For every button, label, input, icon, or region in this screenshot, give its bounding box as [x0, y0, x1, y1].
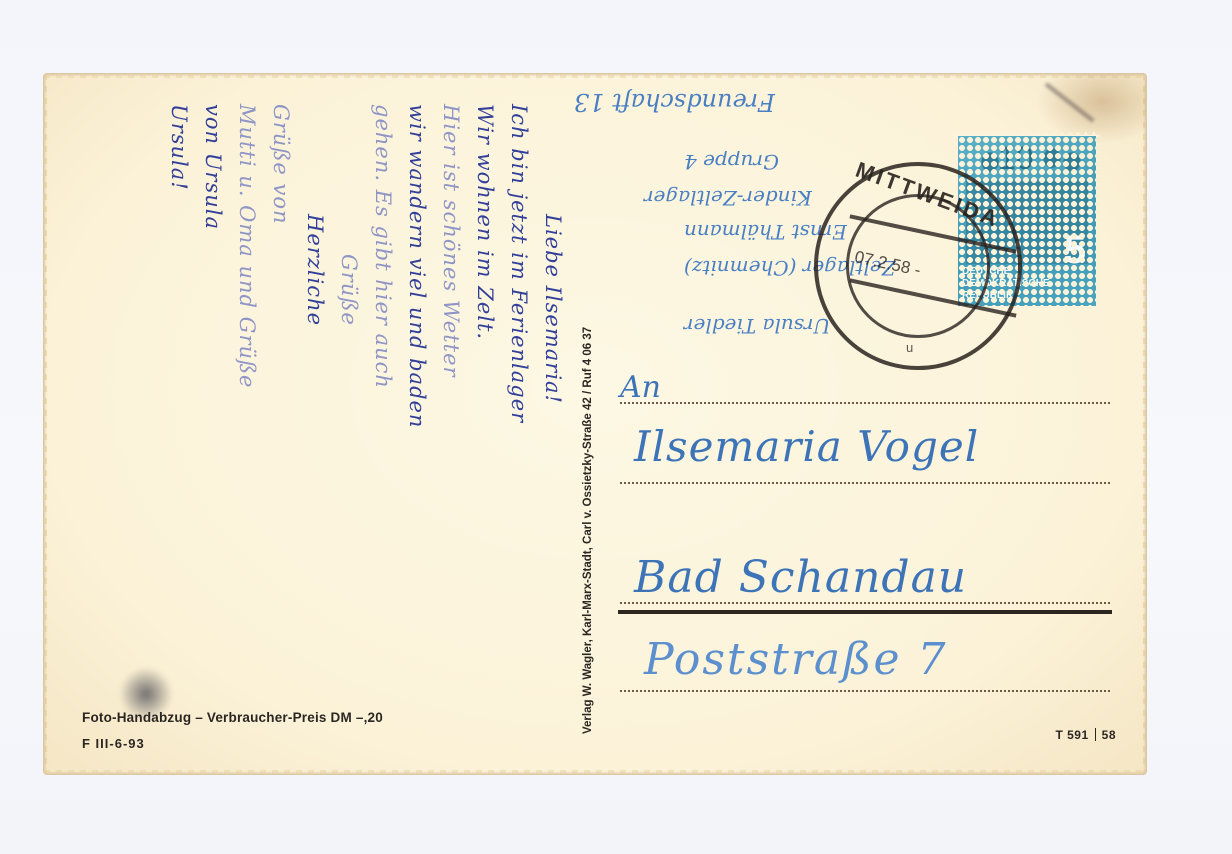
- message-line: wir wandern viel und baden: [400, 104, 434, 724]
- recipient-city: Bad Schandau: [634, 552, 967, 603]
- sender-line: Gruppe 4: [684, 150, 779, 174]
- postmark: MITTWEIDA 07.2.58 - n: [814, 162, 1022, 370]
- postcard: Liebe Ilsemaria! Ich bin jetzt im Ferien…: [44, 74, 1146, 774]
- sender-line: Kinder-Zeltlager: [644, 186, 812, 210]
- message-line: Herzliche: [298, 104, 332, 724]
- postmark-letter: n: [906, 342, 913, 357]
- address-line: [620, 482, 1110, 484]
- message-line: von Ursula: [196, 104, 230, 724]
- message-line: Grüße von: [264, 104, 298, 724]
- sender-line: Ursula Tiedler: [684, 314, 830, 338]
- message-line: Mutti u. Oma und Grüße: [230, 104, 264, 724]
- message-line: Ursula!: [162, 104, 196, 724]
- card-code-right: 58: [1102, 728, 1116, 742]
- stamp-denomination: 10: [998, 140, 1034, 177]
- message-line: Liebe Ilsemaria!: [536, 104, 570, 724]
- print-code: F III-6-93: [82, 736, 145, 751]
- card-code-left: T 591: [1055, 728, 1088, 742]
- card-code-separator: [1095, 728, 1096, 741]
- address-salutation: An: [620, 370, 661, 405]
- address-line: [620, 690, 1110, 692]
- deckle-edge-left: [44, 74, 47, 774]
- deckle-edge-right: [1143, 74, 1146, 774]
- message-line: Hier ist schönes Wetter: [434, 104, 468, 724]
- message-line: Ich bin jetzt im Ferienlager: [502, 104, 536, 724]
- publisher-imprint: Verlag W. Wagler, Karl-Marx-Stadt, Carl …: [582, 327, 594, 734]
- handwritten-message: Liebe Ilsemaria! Ich bin jetzt im Ferien…: [162, 104, 570, 724]
- address-line: [620, 402, 1110, 404]
- message-line: Wir wohnen im Zelt.: [468, 104, 502, 724]
- message-line: gehen. Es gibt hier auch: [366, 104, 400, 724]
- recipient-street: Poststraße 7: [644, 634, 948, 685]
- sender-line: Freundschaft 13: [574, 88, 775, 116]
- printer-line: Foto-Handabzug – Verbraucher-Preis DM –,…: [82, 710, 383, 725]
- message-line: Grüße: [332, 104, 366, 724]
- address-heavy-rule: [618, 610, 1112, 614]
- recipient-name: Ilsemaria Vogel: [634, 422, 979, 471]
- card-code: T 59158: [1055, 728, 1116, 742]
